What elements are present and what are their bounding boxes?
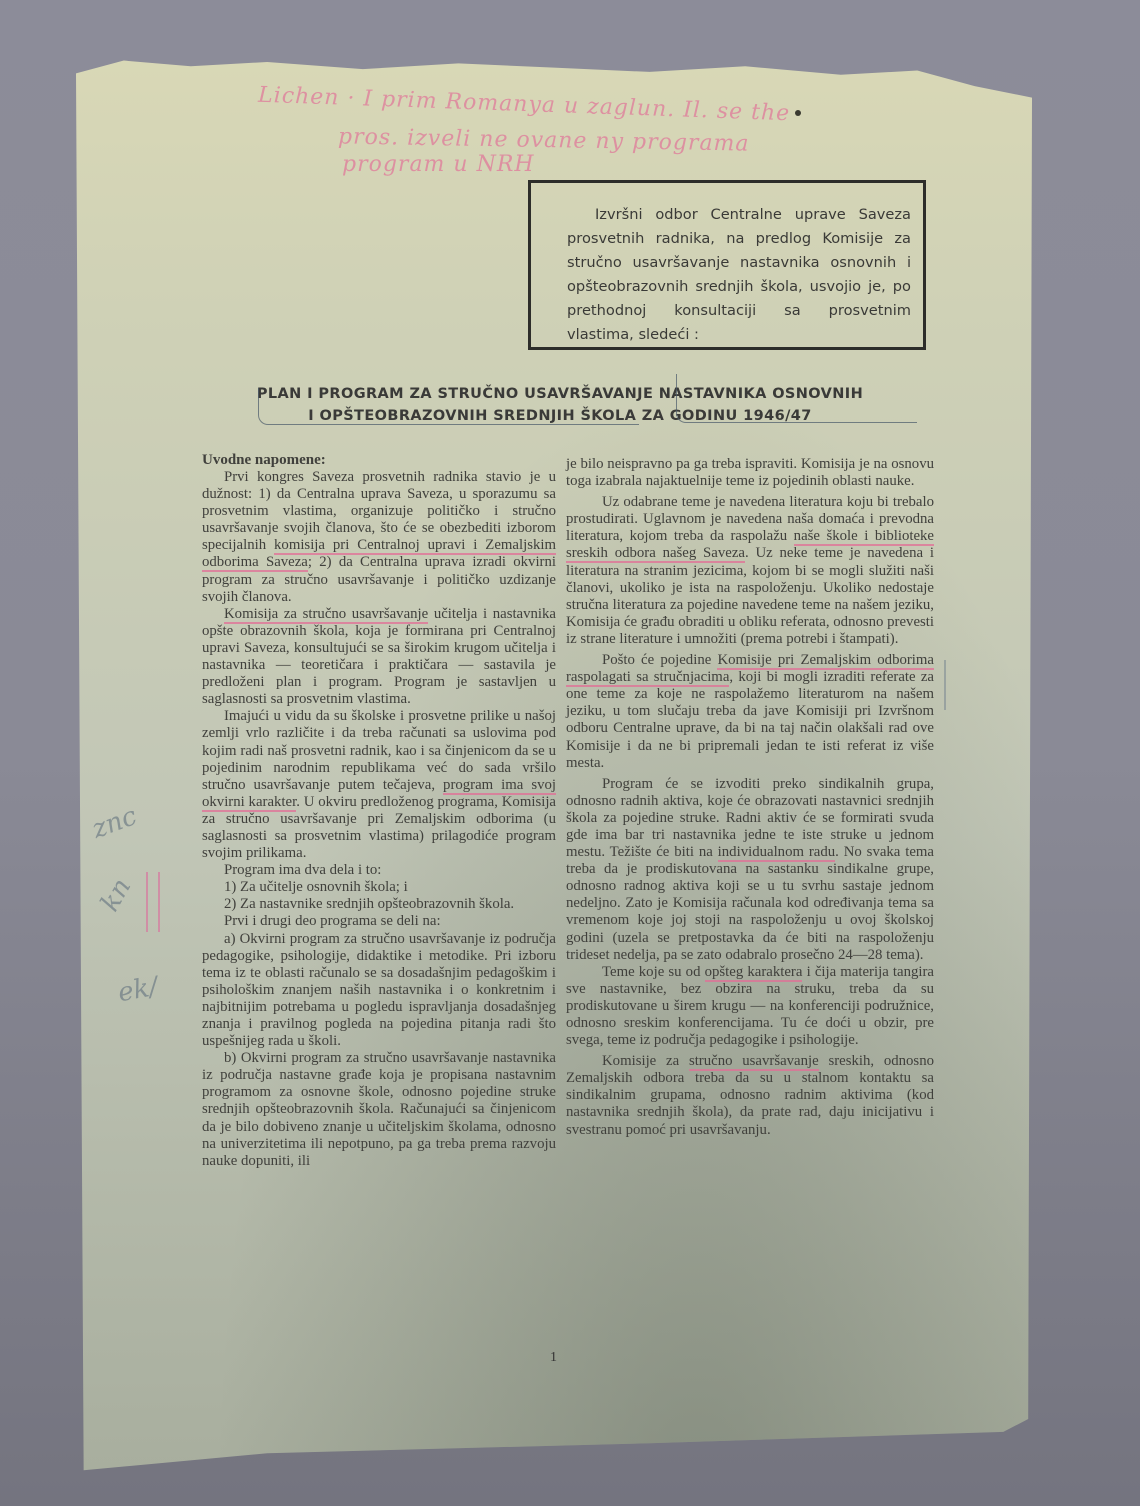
list-item: b) Okvirni program za stručno usavršavan… [202, 1050, 556, 1170]
paragraph: Komisije za stručno usavršavanje sreskih… [566, 1053, 934, 1138]
paragraph: Uz odabrane teme je navedena literatura … [566, 494, 934, 648]
pen-bracket-mark [258, 388, 639, 425]
pen-bracket-mark [676, 374, 917, 423]
right-column: je bilo neispravno pa ga treba ispraviti… [566, 456, 934, 1139]
paragraph: Program će se izvoditi preko sindikalnih… [566, 776, 934, 964]
list-item: 1) Za učitelje osnovnih škola; i [202, 879, 556, 896]
paragraph: Komisija za stručno usavršavanje učitelj… [202, 606, 556, 709]
section-heading: Uvodne napomene: [202, 451, 556, 469]
paragraph: je bilo neispravno pa ga treba ispraviti… [566, 456, 934, 490]
paragraph: Prvi i drugi deo programa se deli na: [202, 913, 556, 930]
paragraph: Prvi kongres Saveza prosvetnih radnika s… [202, 469, 556, 606]
paragraph: Pošto će pojedine Komisije pri Zemaljski… [566, 652, 934, 772]
pencil-margin-line [944, 660, 946, 710]
header-notice-box: Izvršni odbor Centralne uprave Saveza pr… [528, 180, 926, 350]
margin-highlight-mark [146, 872, 160, 932]
handwritten-note-line-3: program u NRH [342, 152, 535, 177]
header-notice-text: Izvršni odbor Centralne uprave Saveza pr… [567, 203, 911, 347]
list-item: 2) Za nastavnike srednjih opšteobrazovni… [202, 896, 556, 913]
list-item: a) Okvirni program za stručno usavršavan… [202, 931, 556, 1051]
ink-dot [795, 110, 801, 116]
left-column: Uvodne napomene: Prvi kongres Saveza pro… [202, 451, 556, 1170]
paragraph: Teme koje su od opšteg karaktera i čija … [566, 964, 934, 1049]
page-number: 1 [550, 1350, 557, 1366]
paragraph: Program ima dva dela i to: [202, 862, 556, 879]
paragraph: Imajući u vidu da su školske i prosvetne… [202, 708, 556, 862]
